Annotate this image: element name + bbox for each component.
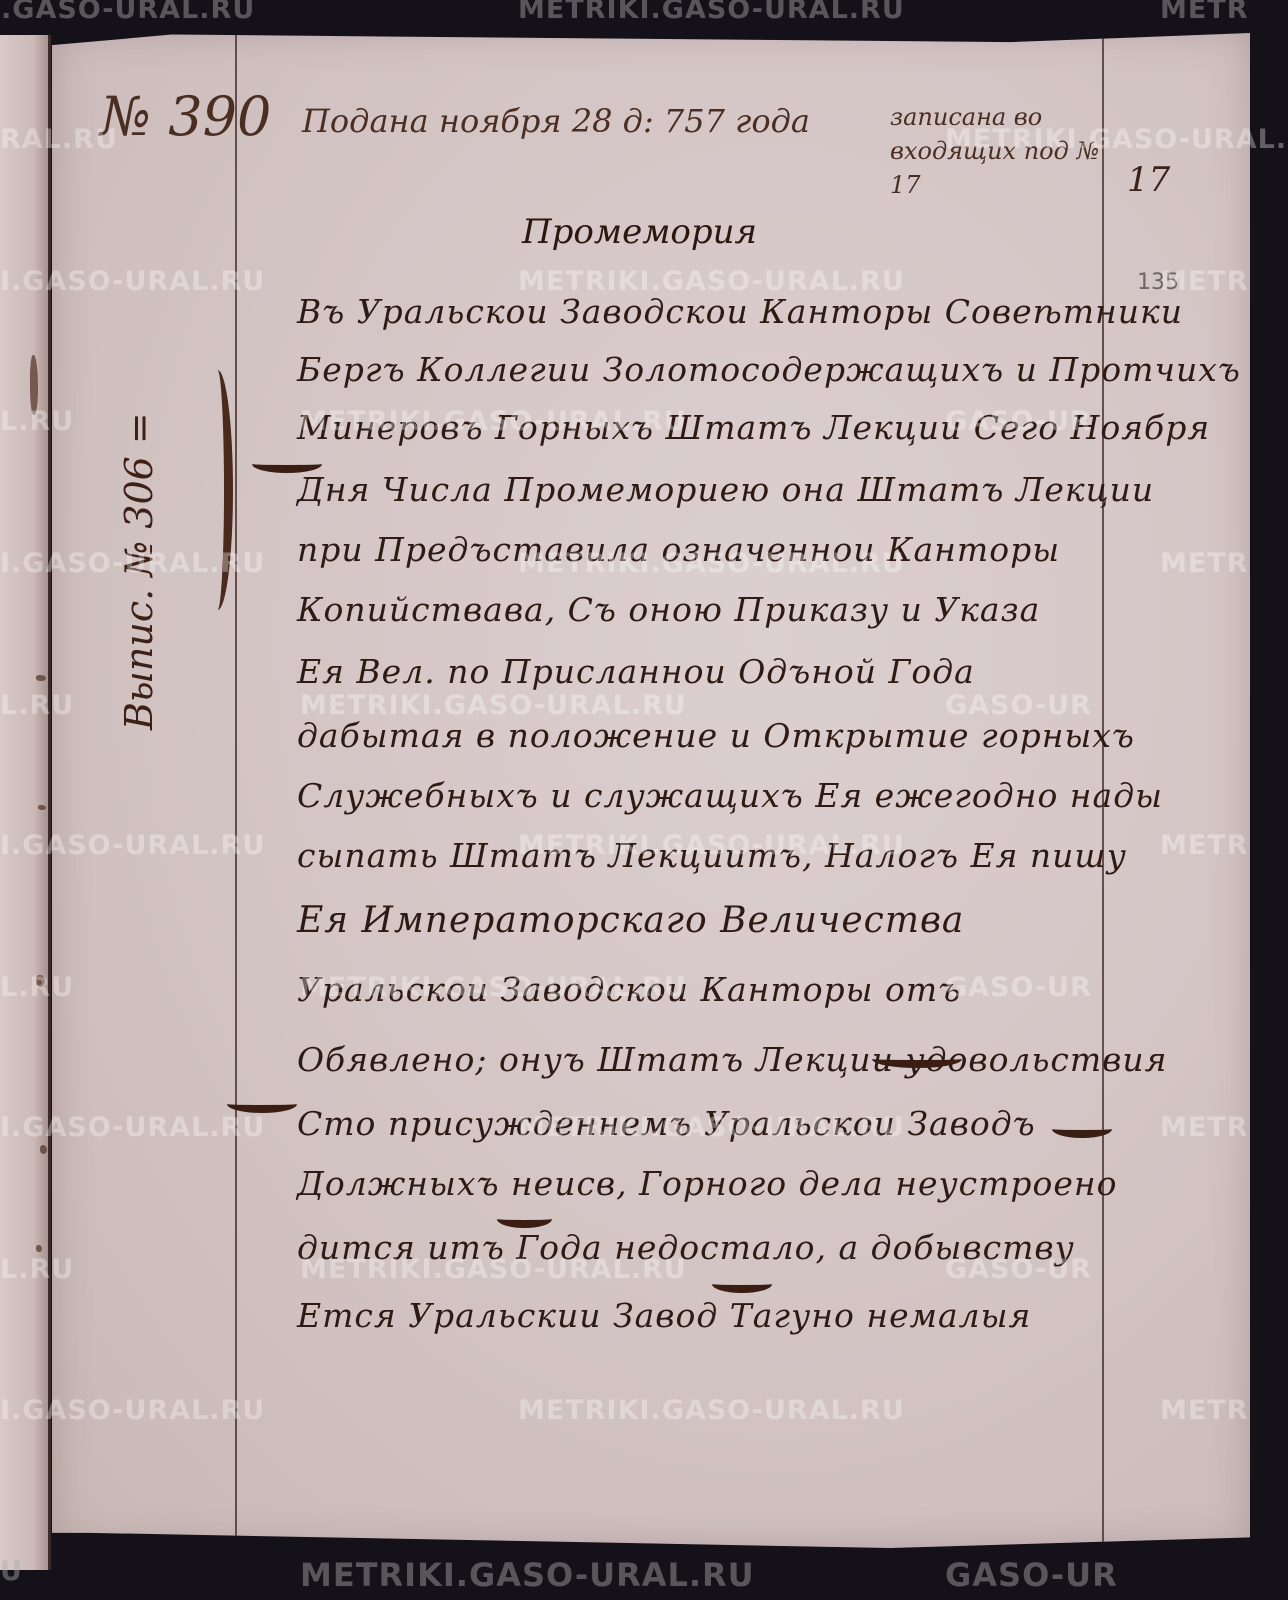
- submitted-date-note: Подана ноября 28 д: 757 года: [302, 102, 810, 140]
- text-line: Минеровъ Горныхъ Штатъ Лекции Сего Ноябр…: [297, 408, 1210, 447]
- text-line: Должныхъ неисв, Горного дела неустроено: [297, 1164, 1118, 1203]
- text-line: Ея Вел. по Присланнои Одъной Года: [297, 652, 975, 691]
- text-line: Ея Императорскаго Величества: [297, 900, 964, 941]
- watermark: I.GASO-URAL.RU: [0, 0, 255, 25]
- text-line: Дня Числа Промемориею она Штатъ Лекции: [297, 470, 1154, 509]
- adjacent-page-edge: [0, 35, 51, 1570]
- text-line: при Предъставила означеннои Канторы: [297, 530, 1060, 569]
- document-number-mark: № 390: [100, 85, 271, 148]
- text-line: Обявлено; онуъ Штатъ Лекции удовольствия: [297, 1040, 1168, 1079]
- text-line: дится итъ Года недостало, а добывству: [297, 1228, 1075, 1267]
- ink-flourish: [712, 1275, 772, 1293]
- watermark: METRIKI.GASO-URAL.RU: [518, 0, 905, 25]
- watermark: METRIKI.GASO-URAL.RU: [300, 1556, 755, 1594]
- text-line: Бергъ Коллегии Золотосодержащихъ и Протч…: [297, 350, 1241, 389]
- text-line: Въ Уральскои Заводскои Канторы Совеѣтник…: [297, 292, 1183, 331]
- text-line: Служебныхъ и служащихъ Ея ежегодно нады: [297, 776, 1163, 815]
- margin-bracket: [202, 370, 233, 610]
- folio-number-ink: 17: [1127, 160, 1170, 200]
- text-line: Сто присужденнемъ Уральскои Заводъ: [297, 1104, 1036, 1143]
- document-title: Промемория: [522, 212, 757, 252]
- margin-note: Выпис. № 306 =: [117, 412, 161, 730]
- ink-flourish: [497, 1210, 552, 1228]
- text-line: Уральскои Заводскои Канторы отъ: [297, 970, 961, 1009]
- text-line: сыпать Штатъ Лекциитъ, Налогъ Ея пишу: [297, 836, 1127, 875]
- ink-flourish: [1052, 1120, 1112, 1138]
- ink-flourish: [227, 1095, 297, 1113]
- record-registration-note: записана во входящих под № 17: [890, 100, 1110, 202]
- text-line: Ется Уральскии Завод Тагуно немалыя: [297, 1296, 1031, 1335]
- text-line: дабытая в положение и Открытие горныхъ: [297, 716, 1135, 755]
- watermark: GASO-UR: [945, 1556, 1118, 1594]
- ink-flourish: [872, 1050, 962, 1068]
- manuscript-scan: № 390 Подана ноября 28 д: 757 года запис…: [0, 0, 1288, 1600]
- ink-flourish: [252, 455, 322, 473]
- manuscript-page: № 390 Подана ноября 28 д: 757 года запис…: [52, 30, 1250, 1548]
- left-margin-rule: [235, 30, 237, 1548]
- watermark: METR: [1160, 0, 1249, 25]
- text-line: Копийствава, Съ оною Приказу и Указа: [297, 590, 1040, 629]
